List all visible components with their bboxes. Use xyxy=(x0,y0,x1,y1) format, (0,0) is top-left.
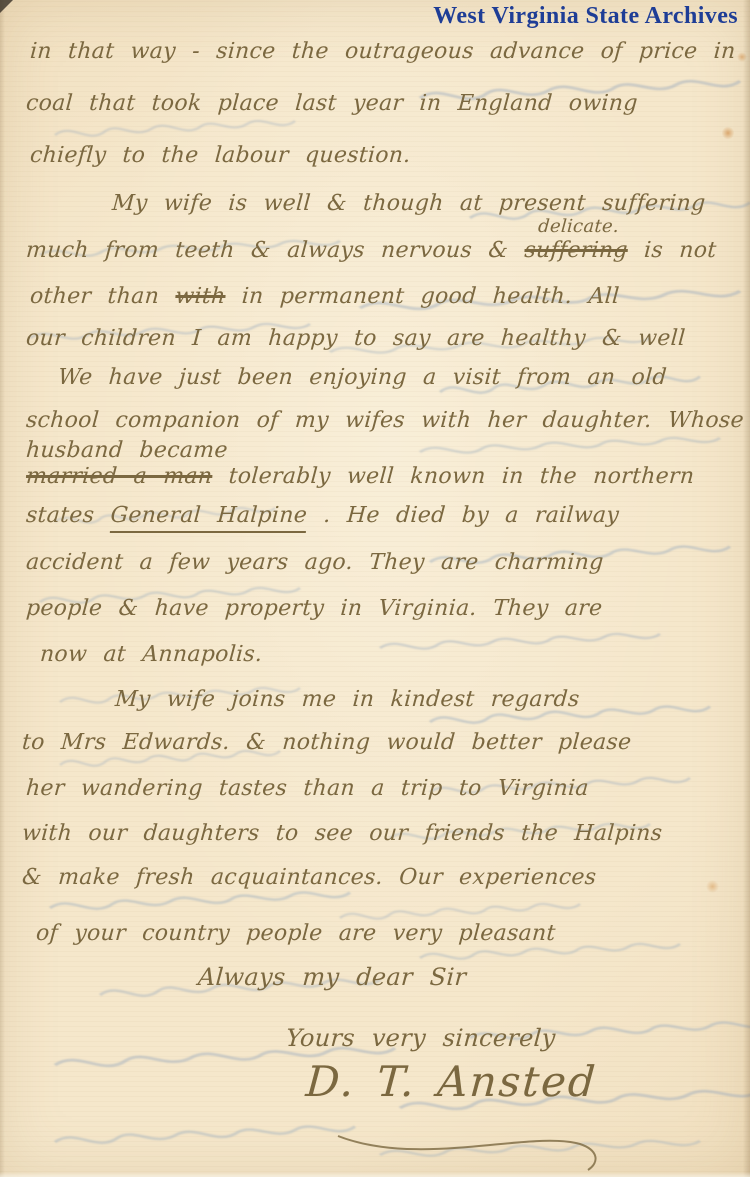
letter-line-p2-3: other than with in permanent good health… xyxy=(29,283,620,311)
struck-word-text: married a man xyxy=(25,464,213,489)
letter-line-p1-3: chiefly to the labour question. xyxy=(29,142,412,170)
letter-text: states xyxy=(25,503,95,528)
letter-text: much from teeth & always nervous & xyxy=(25,238,509,263)
letter-line-p3-1: We have just been enjoying a visit from … xyxy=(57,364,668,392)
letter-text: is not xyxy=(643,238,717,263)
letter-line-p3-4: married a man tolerably well known in th… xyxy=(25,463,695,491)
signature: D. T. Ansted xyxy=(305,1068,598,1096)
letter-closing-2: Yours very sincerely xyxy=(285,1024,556,1052)
paper-stain xyxy=(706,880,719,893)
letter-text: other than xyxy=(29,284,160,309)
paper-left-edge xyxy=(0,0,5,1177)
paper-right-edge xyxy=(743,0,750,1177)
archive-stamp: West Virginia State Archives xyxy=(433,3,738,30)
struck-word-with: with xyxy=(174,283,226,311)
letter-line-p4-2: to Mrs Edwards. & nothing would better p… xyxy=(21,729,632,757)
struck-phrase-married-a-man: married a man xyxy=(25,463,213,491)
letter-text: tolerably well known in the northern xyxy=(228,464,695,489)
letter-closing-1: Always my dear Sir xyxy=(197,963,467,991)
underlined-name-general-halpine: General Halpine xyxy=(109,503,308,533)
signature-flourish xyxy=(330,1128,610,1173)
letter-line-p2-4: our children I am happy to say are healt… xyxy=(25,325,686,353)
letter-line-p4-3: her wandering tastes than a trip to Virg… xyxy=(25,775,590,803)
paper-bottom-edge xyxy=(0,1172,750,1177)
bleed-through-ghost-writing xyxy=(0,0,750,1177)
letter-line-p4-1: My wife joins me in kindest regards xyxy=(114,686,580,714)
scanned-letter-page: West Virginia State Archives in that way… xyxy=(0,0,750,1177)
letter-line-p3-7: people & have property in Virginia. They… xyxy=(25,595,603,623)
paper-stain xyxy=(722,126,734,140)
letter-line-p3-2: school companion of my wifes with her da… xyxy=(25,407,745,435)
letter-line-p4-4: with our daughters to see our friends th… xyxy=(21,820,663,848)
letter-line-p3-3: husband became xyxy=(25,437,229,465)
letter-line-p3-8: now at Annapolis. xyxy=(39,641,263,669)
struck-word-suffering: sufferingdelicate. xyxy=(523,237,628,265)
letter-line-p1-1: in that way - since the outrageous advan… xyxy=(29,38,736,66)
inserted-word-delicate: delicate. xyxy=(537,213,620,241)
letter-line-p1-2: coal that took place last year in Englan… xyxy=(25,90,639,118)
letter-line-p4-6: of your country people are very pleasant xyxy=(35,920,557,948)
letter-line-p3-6: accident a few years ago. They are charm… xyxy=(25,549,604,577)
struck-word-text: with xyxy=(175,284,227,309)
scan-corner-artifact xyxy=(0,0,13,13)
letter-line-p4-5: & make fresh acquaintances. Our experien… xyxy=(21,864,597,892)
letter-line-p3-5: states General Halpine . He died by a ra… xyxy=(25,502,620,530)
letter-text: in permanent good health. All xyxy=(241,284,620,309)
letter-text: . He died by a railway xyxy=(323,503,620,528)
letter-line-p2-2: much from teeth & always nervous & suffe… xyxy=(25,237,717,265)
struck-word-text: suffering xyxy=(524,238,629,263)
